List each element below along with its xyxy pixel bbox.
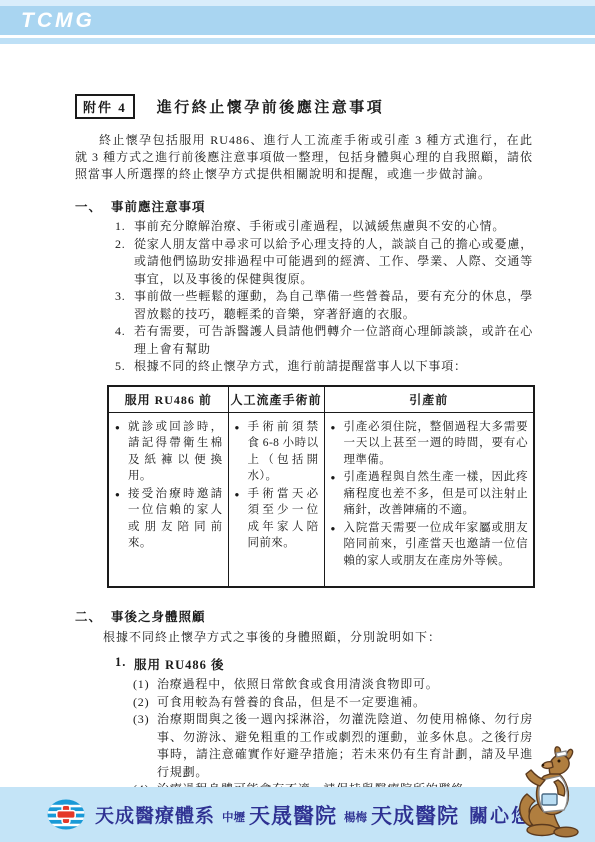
- subsection-number: 1.: [115, 655, 134, 673]
- bullet-item: 手術當天必須至少一位成年家人陪同前來。: [235, 486, 319, 552]
- section2-heading: 二、 事後之身體照顧: [75, 607, 533, 625]
- list-item-text: 治療過程中，依照日常飲食或食用清淡食物即可。: [157, 676, 533, 694]
- bullet-item: 引產必須住院，整個過程大多需要一天以上甚至一週的時間，要有心理準備。: [331, 419, 529, 469]
- section1-list: 1. 事前充分瞭解治療、手術或引產過程，以減緩焦慮與不安的心情。 2. 從家人朋…: [115, 218, 533, 376]
- tcmg-logo-text: TCMG: [21, 9, 95, 33]
- bullet-item: 引產過程與自然生產一樣，因此疼痛程度也差不多，但是可以注射止痛針，改善陣痛的不適…: [331, 469, 529, 519]
- list-item-text: 治療期間與之後一週內採淋浴，勿灌洗陰道、勿使用棉條、勿行房事、勿游泳、避免粗重的…: [157, 711, 533, 781]
- list-item-text: 根據不同的終止懷孕方式，進行前請提醒當事人以下事項：: [134, 358, 533, 376]
- intro-paragraph: 終止懷孕包括服用 RU486、進行人工流產手術或引產 3 種方式進行，在此就 3…: [75, 132, 533, 183]
- brand-location-2: 楊梅: [344, 809, 367, 825]
- list-item: (2) 可食用較為有營養的食品，但是不一定要進補。: [133, 694, 533, 712]
- subsection-title: 服用 RU486 後: [134, 655, 225, 673]
- list-item-number: 4.: [115, 323, 134, 358]
- table-header-row: 服用 RU486 前 人工流產手術前 引產前: [108, 386, 534, 413]
- table-cell-ru486: 就診或回診時，請記得帶衛生棉及紙褲以便換用。 接受治療時邀請一位信賴的家人或朋友…: [108, 412, 228, 587]
- brand-location-1: 中壢: [222, 809, 245, 825]
- header-band: TCMG: [0, 6, 595, 35]
- section1-number: 一、: [75, 197, 111, 215]
- section2-list: (1) 治療過程中，依照日常飲食或食用清淡食物即可。 (2) 可食用較為有營養的…: [133, 676, 533, 799]
- list-item-text: 若有需要，可告訴醫護人員請他們轉介一位諮商心理師談談，或許在心理上會有幫助: [134, 323, 533, 358]
- section2-number: 二、: [75, 607, 111, 625]
- bullet-item: 手術前須禁食 6-8 小時以上（包括開水）。: [235, 419, 319, 485]
- title-row: 附件 4 進行終止懷孕前後應注意事項: [75, 94, 533, 119]
- table-body-row: 就診或回診時，請記得帶衛生棉及紙褲以便換用。 接受治療時邀請一位信賴的家人或朋友…: [108, 412, 534, 587]
- list-item-number: (1): [133, 676, 157, 694]
- list-item-number: (3): [133, 711, 157, 781]
- footer-band: 天成醫療體系 中壢 天晟醫院 楊梅 天成醫院 關心您: [0, 787, 595, 842]
- list-item: (1) 治療過程中，依照日常飲食或食用清淡食物即可。: [133, 676, 533, 694]
- document-body: 附件 4 進行終止懷孕前後應注意事項 終止懷孕包括服用 RU486、進行人工流產…: [0, 44, 595, 799]
- table-cell-induction: 引產必須住院，整個過程大多需要一天以上甚至一週的時間，要有心理準備。 引產過程與…: [324, 412, 534, 587]
- attachment-label: 附件 4: [75, 94, 135, 119]
- tcmg-globe-cross-icon: [46, 798, 86, 831]
- list-item-number: (2): [133, 694, 157, 712]
- brand-hospital-2: 天成醫院: [371, 800, 459, 830]
- list-item-number: 5.: [115, 358, 134, 376]
- section1-title: 事前應注意事項: [111, 197, 206, 215]
- document-page: TCMG 附件 4 進行終止懷孕前後應注意事項 終止懷孕包括服用 RU486、進…: [0, 0, 595, 842]
- footer-brand-row: 天成醫療體系 中壢 天晟醫院 楊梅 天成醫院 關心您: [46, 798, 532, 831]
- brand-hospital-1: 天晟醫院: [249, 800, 337, 830]
- list-item-number: 1.: [115, 218, 134, 236]
- table-cell-surgery: 手術前須禁食 6-8 小時以上（包括開水）。 手術當天必須至少一位成年家人陪同前…: [228, 412, 324, 587]
- bullet-item: 就診或回診時，請記得帶衛生棉及紙褲以便換用。: [115, 419, 223, 485]
- list-item: 2. 從家人朋友當中尋求可以給予心理支持的人，談談自己的擔心或憂慮，或請他們協助…: [115, 236, 533, 289]
- list-item-text: 事前充分瞭解治療、手術或引產過程，以減緩焦慮與不安的心情。: [134, 218, 533, 236]
- pre-procedure-table: 服用 RU486 前 人工流產手術前 引產前 就診或回診時，請記得帶衛生棉及紙褲…: [107, 385, 535, 589]
- table-header-surgery: 人工流產手術前: [228, 386, 324, 413]
- section2-lead: 根據不同終止懷孕方式之事後的身體照顧，分別說明如下：: [103, 629, 533, 646]
- list-item-number: 2.: [115, 236, 134, 289]
- list-item-text: 可食用較為有營養的食品，但是不一定要進補。: [157, 694, 533, 712]
- bullet-item: 接受治療時邀請一位信賴的家人或朋友陪同前來。: [115, 486, 223, 552]
- section2-title: 事後之身體照顧: [111, 607, 206, 625]
- list-item-text: 從家人朋友當中尋求可以給予心理支持的人，談談自己的擔心或憂慮，或請他們協助安排過…: [134, 236, 533, 289]
- list-item: (3) 治療期間與之後一週內採淋浴，勿灌洗陰道、勿使用棉條、勿行房事、勿游泳、避…: [133, 711, 533, 781]
- list-item: 4. 若有需要，可告訴醫護人員請他們轉介一位諮商心理師談談，或許在心理上會有幫助: [115, 323, 533, 358]
- list-item: 1. 事前充分瞭解治療、手術或引產過程，以減緩焦慮與不安的心情。: [115, 218, 533, 236]
- bullet-item: 入院當天需要一位成年家屬或朋友陪同前來，引產當天也邀請一位信賴的家人或朋友在產房…: [331, 520, 529, 570]
- subsection-heading: 1. 服用 RU486 後: [115, 655, 533, 673]
- table-header-induction: 引產前: [324, 386, 534, 413]
- table-header-ru486: 服用 RU486 前: [108, 386, 228, 413]
- list-item: 5. 根據不同的終止懷孕方式，進行前請提醒當事人以下事項：: [115, 358, 533, 376]
- list-item: 3. 事前做一些輕鬆的運動，為自己準備一些營養品，要有充分的休息，學習放鬆的技巧…: [115, 288, 533, 323]
- list-item-text: 事前做一些輕鬆的運動，為自己準備一些營養品，要有充分的休息，學習放鬆的技巧，聽輕…: [134, 288, 533, 323]
- list-item-number: 3.: [115, 288, 134, 323]
- kangaroo-nurse-mascot-icon: [514, 746, 588, 838]
- brand-name: 天成醫療體系: [95, 801, 215, 828]
- page-title: 進行終止懷孕前後應注意事項: [157, 96, 385, 117]
- section1-heading: 一、 事前應注意事項: [75, 197, 533, 215]
